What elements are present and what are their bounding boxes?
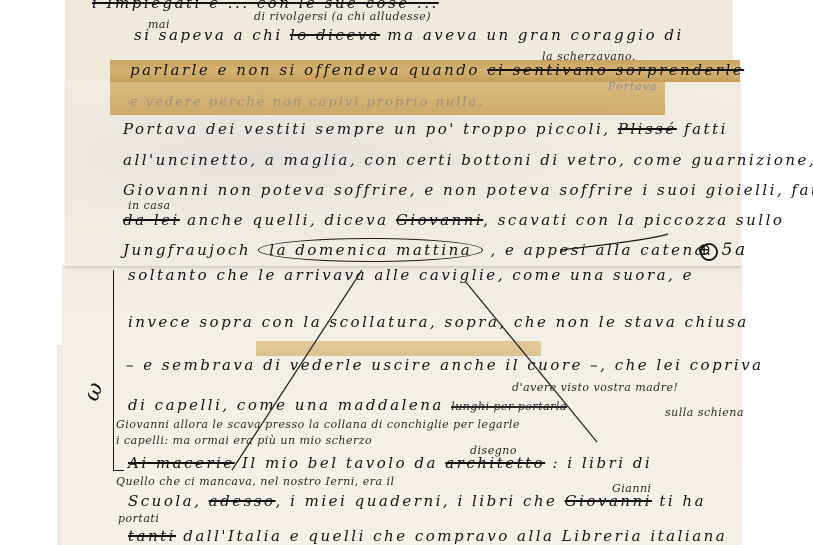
manuscript-line-5: all'uncinetto, a maglia, con certi botto… xyxy=(123,151,813,169)
manuscript-line-1: si sapeva a chi lo diceva ma aveva un gr… xyxy=(134,26,684,44)
line-text: ma aveva un gran coraggio di xyxy=(387,26,683,44)
struck-text: lunghi per portarla xyxy=(451,400,567,413)
manuscript-line-7: da lei anche quelli, diceva Giovanni, sc… xyxy=(123,211,784,229)
manuscript-line-15: i capelli: ma ormai era più un mio scher… xyxy=(116,434,372,447)
manuscript-line-13: di capelli, come una maddalena lunghi pe… xyxy=(128,396,567,414)
insertion-note: di rivolgersi (a chi alludesse) xyxy=(254,10,431,23)
struck-text: adesso xyxy=(209,492,276,510)
insertion-note: portati xyxy=(118,512,159,525)
manuscript-line-17: Quello che ci mancava, nel nostro Ierni,… xyxy=(116,475,395,488)
line-text: fatti xyxy=(684,120,728,138)
insertion-note: sulla schiena xyxy=(665,406,744,419)
circled-phrase: la domenica mattina xyxy=(258,238,483,262)
line-text: , i miei quaderni, i libri che xyxy=(276,492,558,510)
manuscript-line-19: tanti dall'Italia e quelli che compravo … xyxy=(128,527,727,545)
line-text: Il mio bel tavolo da xyxy=(242,454,438,472)
line-text: Scuola, xyxy=(128,492,201,510)
page-number-marker: ⊕ 5a xyxy=(697,240,748,260)
manuscript-line-8: Jungfraujoch la domenica mattina , e app… xyxy=(123,241,713,259)
manuscript-line-9: soltanto che le arrivava alle caviglie, … xyxy=(128,266,694,284)
struck-text: ci sentivano sorprenderle xyxy=(487,61,744,79)
line-text: Portava dei vestiti sempre un po' troppo… xyxy=(123,120,611,138)
struck-text: architetto xyxy=(445,454,545,472)
line-text: : i libri di xyxy=(552,454,652,472)
manuscript-line-6: Giovanni non poteva soffrire, e non pote… xyxy=(123,181,813,199)
line-text: parlarle e non si offendeva quando xyxy=(130,61,480,79)
manuscript-line-16: Ai macerie Il mio bel tavolo da architet… xyxy=(128,454,652,472)
manuscript-line-4: Portava dei vestiti sempre un po' troppo… xyxy=(123,120,728,138)
line-text: Jungfraujoch xyxy=(123,241,251,259)
struck-text: Giovanni xyxy=(396,211,483,229)
manuscript-line-18: Scuola, adesso, i miei quaderni, i libri… xyxy=(128,492,706,510)
pencil-note: Portava xyxy=(608,80,658,93)
struck-text: da lei xyxy=(123,211,180,229)
line-text: , e appesi alla catena. xyxy=(491,241,714,259)
struck-text: tanti xyxy=(128,527,176,545)
show-through-text: e vedere perché non capivi proprio nulla… xyxy=(130,95,484,110)
struck-text: Giovanni xyxy=(565,492,652,510)
struck-text: lo diceva xyxy=(290,26,380,44)
line-text: , scavati con la piccozza sullo xyxy=(483,211,784,229)
line-text: anche quelli, diceva xyxy=(187,211,388,229)
line-text: ti ha xyxy=(659,492,706,510)
line-text: si sapeva a chi xyxy=(134,26,283,44)
insertion-note: d'avere visto vostra madre! xyxy=(512,381,678,394)
line-text: dall'Italia e quelli che compravo alla L… xyxy=(183,527,727,545)
adhesive-tape-small xyxy=(256,341,541,356)
struck-text: Plissé xyxy=(618,120,677,138)
manuscript-line-2: parlarle e non si offendeva quando ci se… xyxy=(130,61,744,79)
manuscript-line-14: Giovanni allora le scava presso la colla… xyxy=(116,418,520,431)
line-text: di capelli, come una maddalena xyxy=(128,396,444,414)
struck-text: Ai macerie xyxy=(128,454,235,472)
manuscript-line-10: invece sopra con la scollatura, sopra, c… xyxy=(128,313,749,331)
manuscript-line-11: – e sembrava di vederle uscire anche il … xyxy=(126,356,764,374)
